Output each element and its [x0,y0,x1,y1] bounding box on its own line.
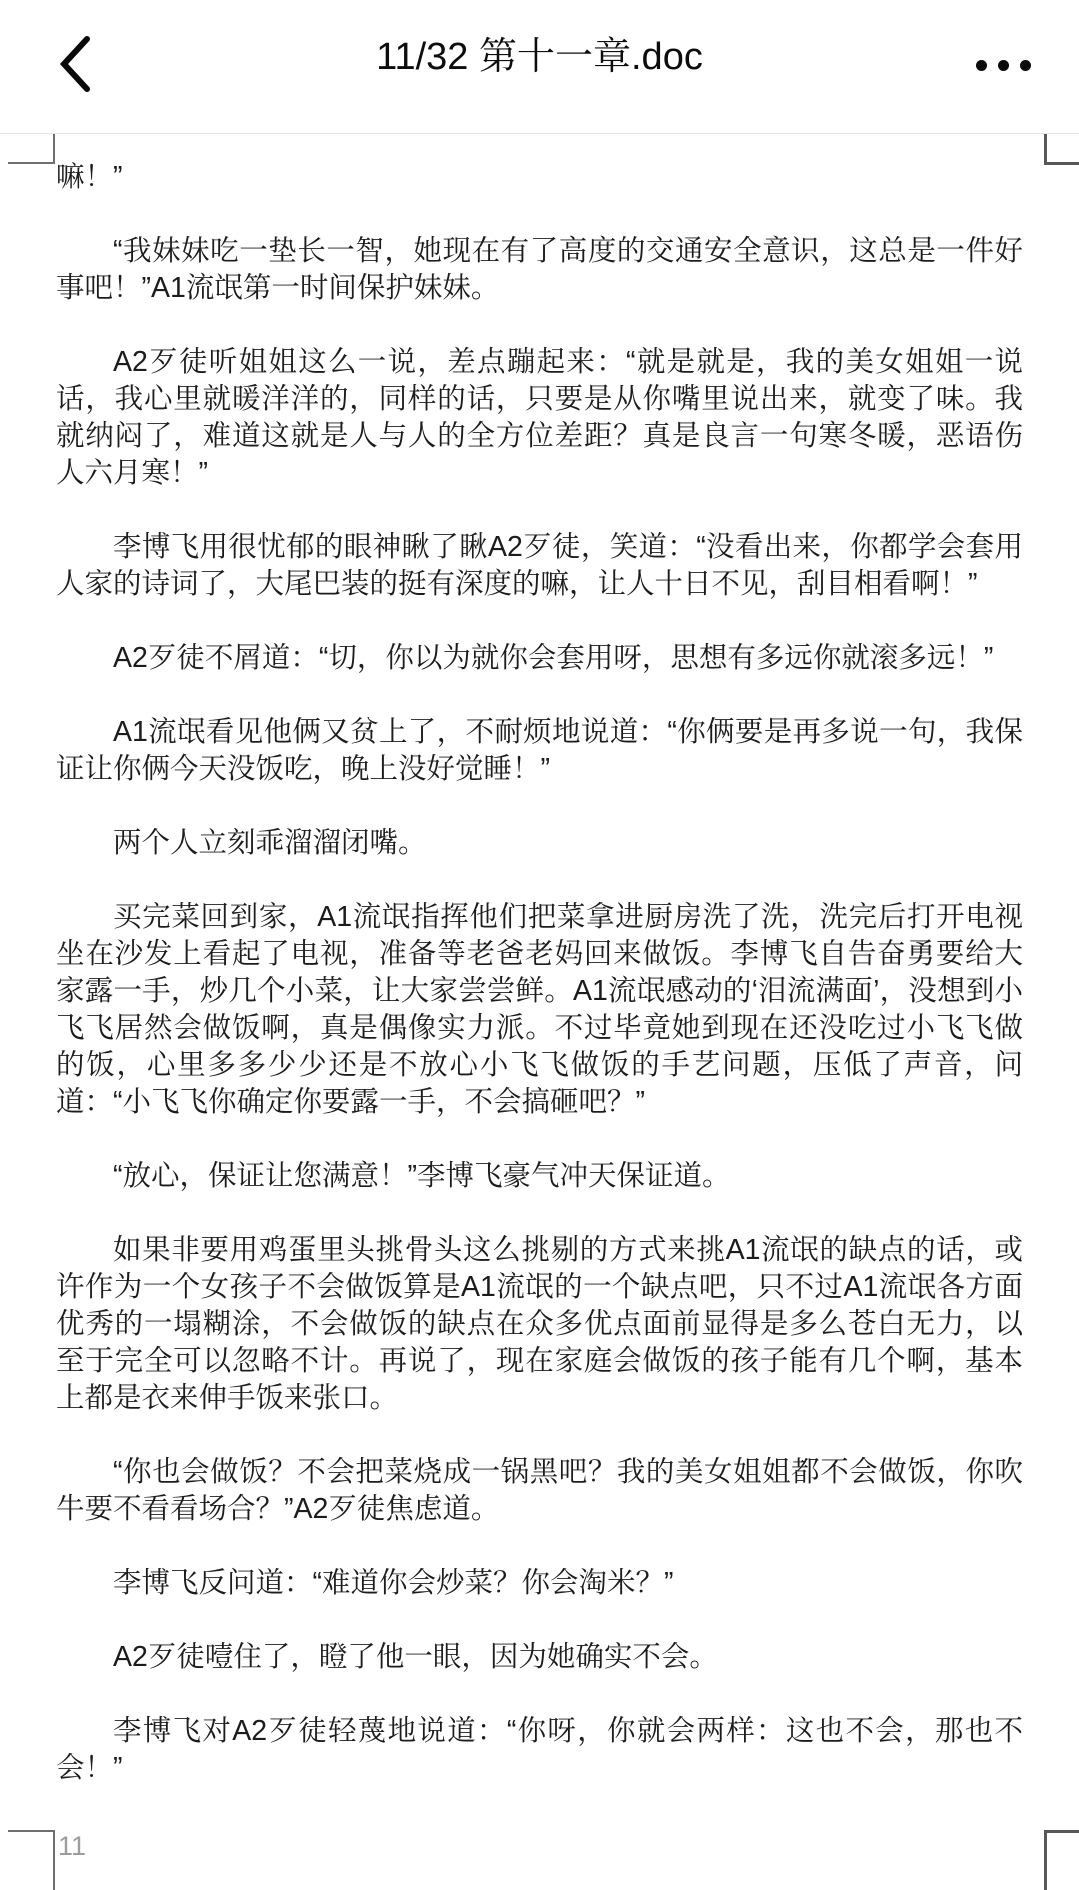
document-title: 11/32 第十一章.doc [140,34,939,80]
paragraph: A2歹徒噎住了，瞪了他一眼，因为她确实不会。 [56,1639,1023,1676]
paragraph: 李博飞用很忧郁的眼神瞅了瞅A2歹徒，笑道：“没看出来，你都学会套用人家的诗词了，… [56,529,1023,603]
page-number: 11 [58,1833,86,1860]
paragraph: “我妹妹吃一垫长一智，她现在有了高度的交通安全意识，这总是一件好事吧！”A1流氓… [56,233,1023,307]
paragraph: A2歹徒听姐姐这么一说，差点蹦起来：“就是就是，我的美女姐姐一说话，我心里就暖洋… [56,344,1023,492]
paragraph: 如果非要用鸡蛋里头挑骨头这么挑剔的方式来挑A1流氓的缺点的话，或许作为一个女孩子… [56,1232,1023,1417]
paragraph: 李博飞反问道：“难道你会炒菜？你会淘米？” [56,1565,1023,1602]
document-viewer-app: 11/32 第十一章.doc 嘛！” “我妹妹吃一垫长一智，她现在有了高度的交通… [0,0,1079,1890]
paragraph: 两个人立刻乖溜溜闭嘴。 [56,825,1023,862]
paragraph: A1流氓看见他俩又贫上了，不耐烦地说道：“你俩要是再多说一句，我保证让你俩今天没… [56,714,1023,788]
paragraph: 李博飞对A2歹徒轻蔑地说道：“你呀，你就会两样：这也不会，那也不会！” [56,1713,1023,1787]
paragraph: “你也会做饭？不会把菜烧成一锅黑吧？我的美女姐姐都不会做饭，你吹牛要不看看场合？… [56,1454,1023,1528]
paragraph: “放心，保证让您满意！”李博飞豪气冲天保证道。 [56,1158,1023,1195]
top-bar: 11/32 第十一章.doc [0,0,1079,134]
ellipsis-icon [976,60,987,71]
more-menu-button[interactable] [955,32,1051,98]
paragraph: 买完菜回到家，A1流氓指挥他们把菜拿进厨房洗了洗，洗完后打开电视坐在沙发上看起了… [56,899,1023,1121]
chevron-left-icon [58,35,92,93]
paragraph: A2歹徒不屑道：“切，你以为就你会套用呀，思想有多远你就滚多远！” [56,640,1023,677]
document-page-viewport[interactable]: 嘛！” “我妹妹吃一垫长一智，她现在有了高度的交通安全意识，这总是一件好事吧！”… [0,135,1079,1890]
back-button[interactable] [36,18,114,110]
paragraph: 嘛！” [56,159,1023,196]
